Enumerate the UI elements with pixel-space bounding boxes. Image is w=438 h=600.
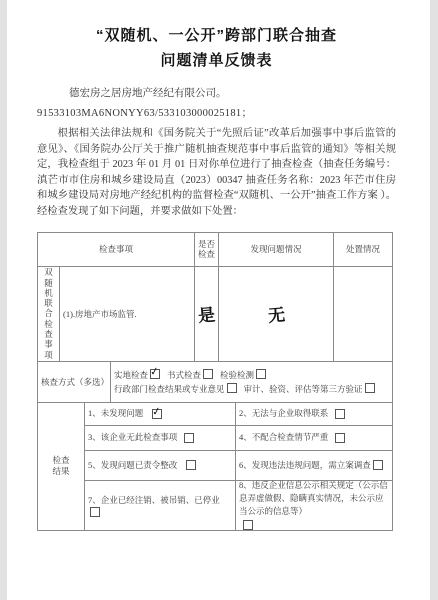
- header-check-item: 检查事项: [38, 233, 195, 267]
- result-option-8: 8、违反企业信息公示相关规定（公示信息弄虚做假、隐瞒真实情况，未公示应当公示的信…: [236, 481, 393, 531]
- result-label-cell: 检查结果: [38, 403, 85, 531]
- inspection-table: 检查事项 是否检查 发现问题情况 处置情况 双随机联合检查事项 (1).房地产市…: [37, 232, 393, 531]
- result-option-6: 6、发现违法违规问题，需立案调查: [236, 451, 393, 481]
- group-label-cell: 双随机联合检查事项: [38, 267, 60, 362]
- checkbox-admin-result: [227, 383, 237, 393]
- method-option: 审计、验资、评估等第三方验证: [244, 382, 375, 396]
- checkbox-case-investigation: [373, 460, 383, 470]
- method-row: 核查方式（多选） 实地检查✓ 书式检查 检验检测 行政部门检查结果或专业意见 审…: [38, 362, 393, 403]
- header-problem-found: 发现问题情况: [219, 233, 334, 267]
- document-title-line2: 问题清单反馈表: [37, 53, 396, 68]
- checkbox-no-problem: ✓: [152, 409, 162, 419]
- disposal-cell: [334, 267, 393, 362]
- result-option-3: 3、该企业无此检查事项: [85, 426, 236, 451]
- header-checked-or-not: 是否检查: [195, 233, 219, 267]
- scan-background-right: [429, 0, 438, 600]
- problem-cell: 无: [219, 267, 334, 362]
- method-option: 检验检测: [220, 368, 266, 382]
- method-label-cell: 核查方式（多选）: [38, 362, 111, 403]
- checked-cell: 是: [195, 267, 219, 362]
- header-disposal: 处置情况: [334, 233, 393, 267]
- checkbox-noncooperation: [335, 433, 345, 443]
- document-title-line1: “双随机、一公开”跨部门联合抽查: [37, 28, 396, 43]
- checkbox-written-inspection: [203, 369, 213, 379]
- checkbox-publicity-violation: [243, 520, 253, 530]
- method-option: 行政部门检查结果或专业意见: [114, 382, 237, 396]
- scan-background-left: [0, 0, 7, 600]
- checkbox-cannot-contact: [335, 409, 345, 419]
- result-option-2: 2、无法与企业取得联系: [236, 403, 393, 426]
- checkbox-deregistered: [90, 507, 100, 517]
- intro-paragraph: 根据相关法律法规和《国务院关于“先照后证”改革后加强事中事后监管的意见》、《国务…: [37, 126, 396, 220]
- credit-code: 91533103MA6NONYY63/533103000025181；: [37, 105, 396, 120]
- handwritten-none: 无: [266, 300, 285, 326]
- result-option-4: 4、不配合检查情节严重: [236, 426, 393, 451]
- checkbox-ordered-rectify: [186, 460, 196, 470]
- handwritten-yes: 是: [197, 300, 216, 326]
- table-header-row: 检查事项 是否检查 发现问题情况 处置情况: [38, 233, 393, 267]
- result-option-7: 7、企业已经注销、被吊销、已停业: [85, 481, 236, 531]
- checkbox-field-inspection: ✓: [150, 369, 160, 379]
- method-option: 书式检查: [167, 368, 213, 382]
- result-option-5: 5、发现问题已责令整改: [85, 451, 236, 481]
- company-name: 德宏房之居房地产经纪有限公司。: [37, 85, 396, 100]
- table-body-row: 双随机联合检查事项 (1).房地产市场监管. 是 无: [38, 267, 393, 362]
- method-option: 实地检查✓: [114, 368, 160, 382]
- checkbox-testing: [256, 369, 266, 379]
- group-label-vertical: 双随机联合检查事项: [44, 267, 54, 360]
- result-options: 1、未发现问题 ✓ 2、无法与企业取得联系 3、该企业无此检查事项 4、不配合检…: [85, 403, 393, 531]
- method-options-cell: 实地检查✓ 书式检查 检验检测 行政部门检查结果或专业意见 审计、验资、评估等第…: [111, 362, 393, 403]
- checkbox-no-such-item: [184, 433, 194, 443]
- checkbox-thirdparty-verify: [365, 383, 375, 393]
- document-page: “双随机、一公开”跨部门联合抽查 问题清单反馈表 德宏房之居房地产经纪有限公司。…: [7, 0, 430, 600]
- result-section: 检查结果 1、未发现问题 ✓ 2、无法与企业取得联系 3、该企业无此检查事项 4…: [38, 403, 393, 531]
- result-option-1: 1、未发现问题 ✓: [85, 403, 236, 426]
- check-item-cell: (1).房地产市场监管.: [60, 267, 195, 362]
